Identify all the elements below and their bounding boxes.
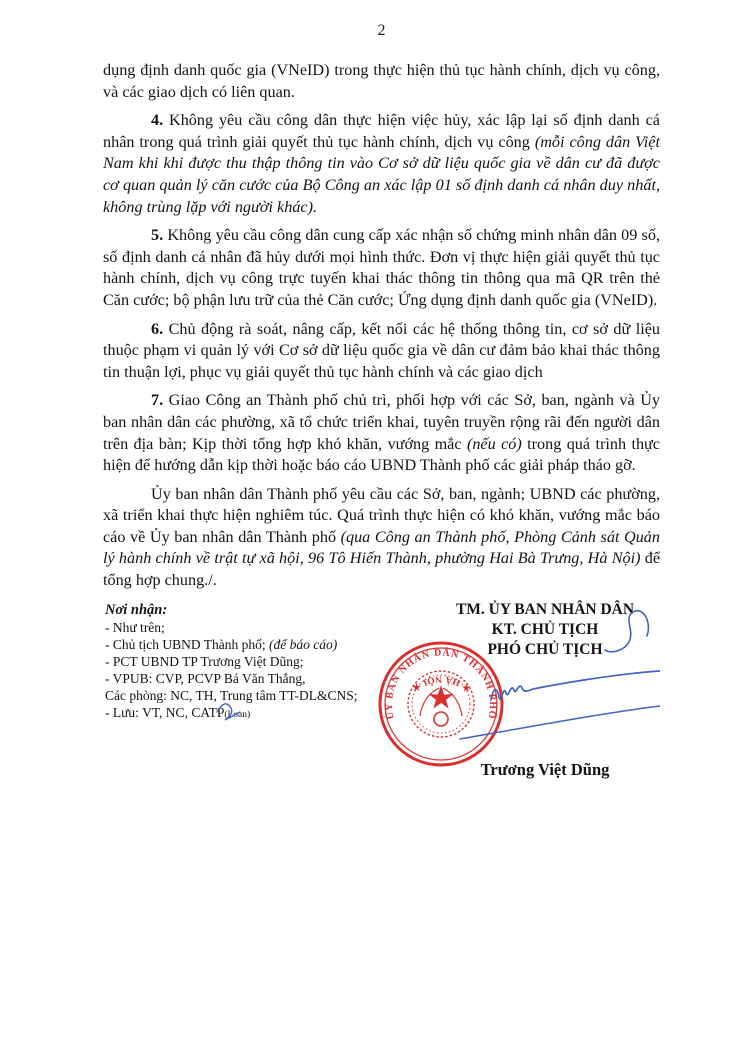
paragraph-6-text: Chủ động rà soát, nâng cấp, kết nối các … [103,320,660,381]
signing-on-behalf: KT. CHỦ TỊCH [433,620,657,640]
paragraph-6-number: 6. [151,320,163,338]
signer-name: Trương Việt Dũng [433,760,657,780]
page-number: 2 [103,22,660,40]
document-page: 2 dụng định danh quốc gia (VNeID) trong … [0,0,740,1046]
paragraph-5-text: Không yêu cầu công dân cung cấp xác nhận… [103,226,660,309]
paragraph-4-number: 4. [151,111,163,129]
document-body: dụng định danh quốc gia (VNeID) trong th… [103,60,660,592]
paragraph-7: 7. Giao Công an Thành phố chủ trì, phối … [103,390,660,476]
paragraph-5-number: 5. [151,226,163,244]
paragraph-7-italic-note: (nếu có) [467,435,522,453]
paragraph-6: 6. Chủ động rà soát, nâng cấp, kết nối c… [103,319,660,384]
recipients-heading: Nơi nhận: [105,602,405,619]
recipient-item: - Như trên; [105,619,405,636]
paragraph-4: 4. Không yêu cầu công dân thực hiện việc… [103,110,660,218]
document-footer: Nơi nhận: - Như trên; - Chủ tịch UBND Th… [103,600,660,930]
signing-authority: TM. ỦY BAN NHÂN DÂN [433,600,657,620]
paragraph-5: 5. Không yêu cầu công dân cung cấp xác n… [103,225,660,311]
recipient-item: - Lưu: VT, NC, CATP(Loan) [105,704,405,724]
recipients-block: Nơi nhận: - Như trên; - Chủ tịch UBND Th… [105,602,405,724]
recipient-item: - VPUB: CVP, PCVP Bá Văn Thắng, [105,670,405,687]
recipient-item: Các phòng: NC, TH, Trung tâm TT-DL&CNS; [105,687,405,704]
recipient-item: - Chủ tịch UBND Thành phố; (để báo cáo) [105,636,405,653]
paragraph-closing: Ủy ban nhân dân Thành phố yêu cầu các Sở… [103,484,660,592]
recipient-item-text: - Lưu: VT, NC, CATP [105,705,224,720]
signature-block: TM. ỦY BAN NHÂN DÂN KT. CHỦ TỊCH PHÓ CHỦ… [433,600,657,780]
recipient-item-subscript: (Loan) [224,710,250,720]
paragraph-continuation: dụng định danh quốc gia (VNeID) trong th… [103,60,660,103]
recipient-item-text: - Chủ tịch UBND Thành phố; [105,637,269,652]
recipient-item: - PCT UBND TP Trương Việt Dũng; [105,653,405,670]
recipient-item-note: (để báo cáo) [269,637,337,652]
paragraph-7-number: 7. [151,391,163,409]
signer-title: PHÓ CHỦ TỊCH [433,640,657,660]
